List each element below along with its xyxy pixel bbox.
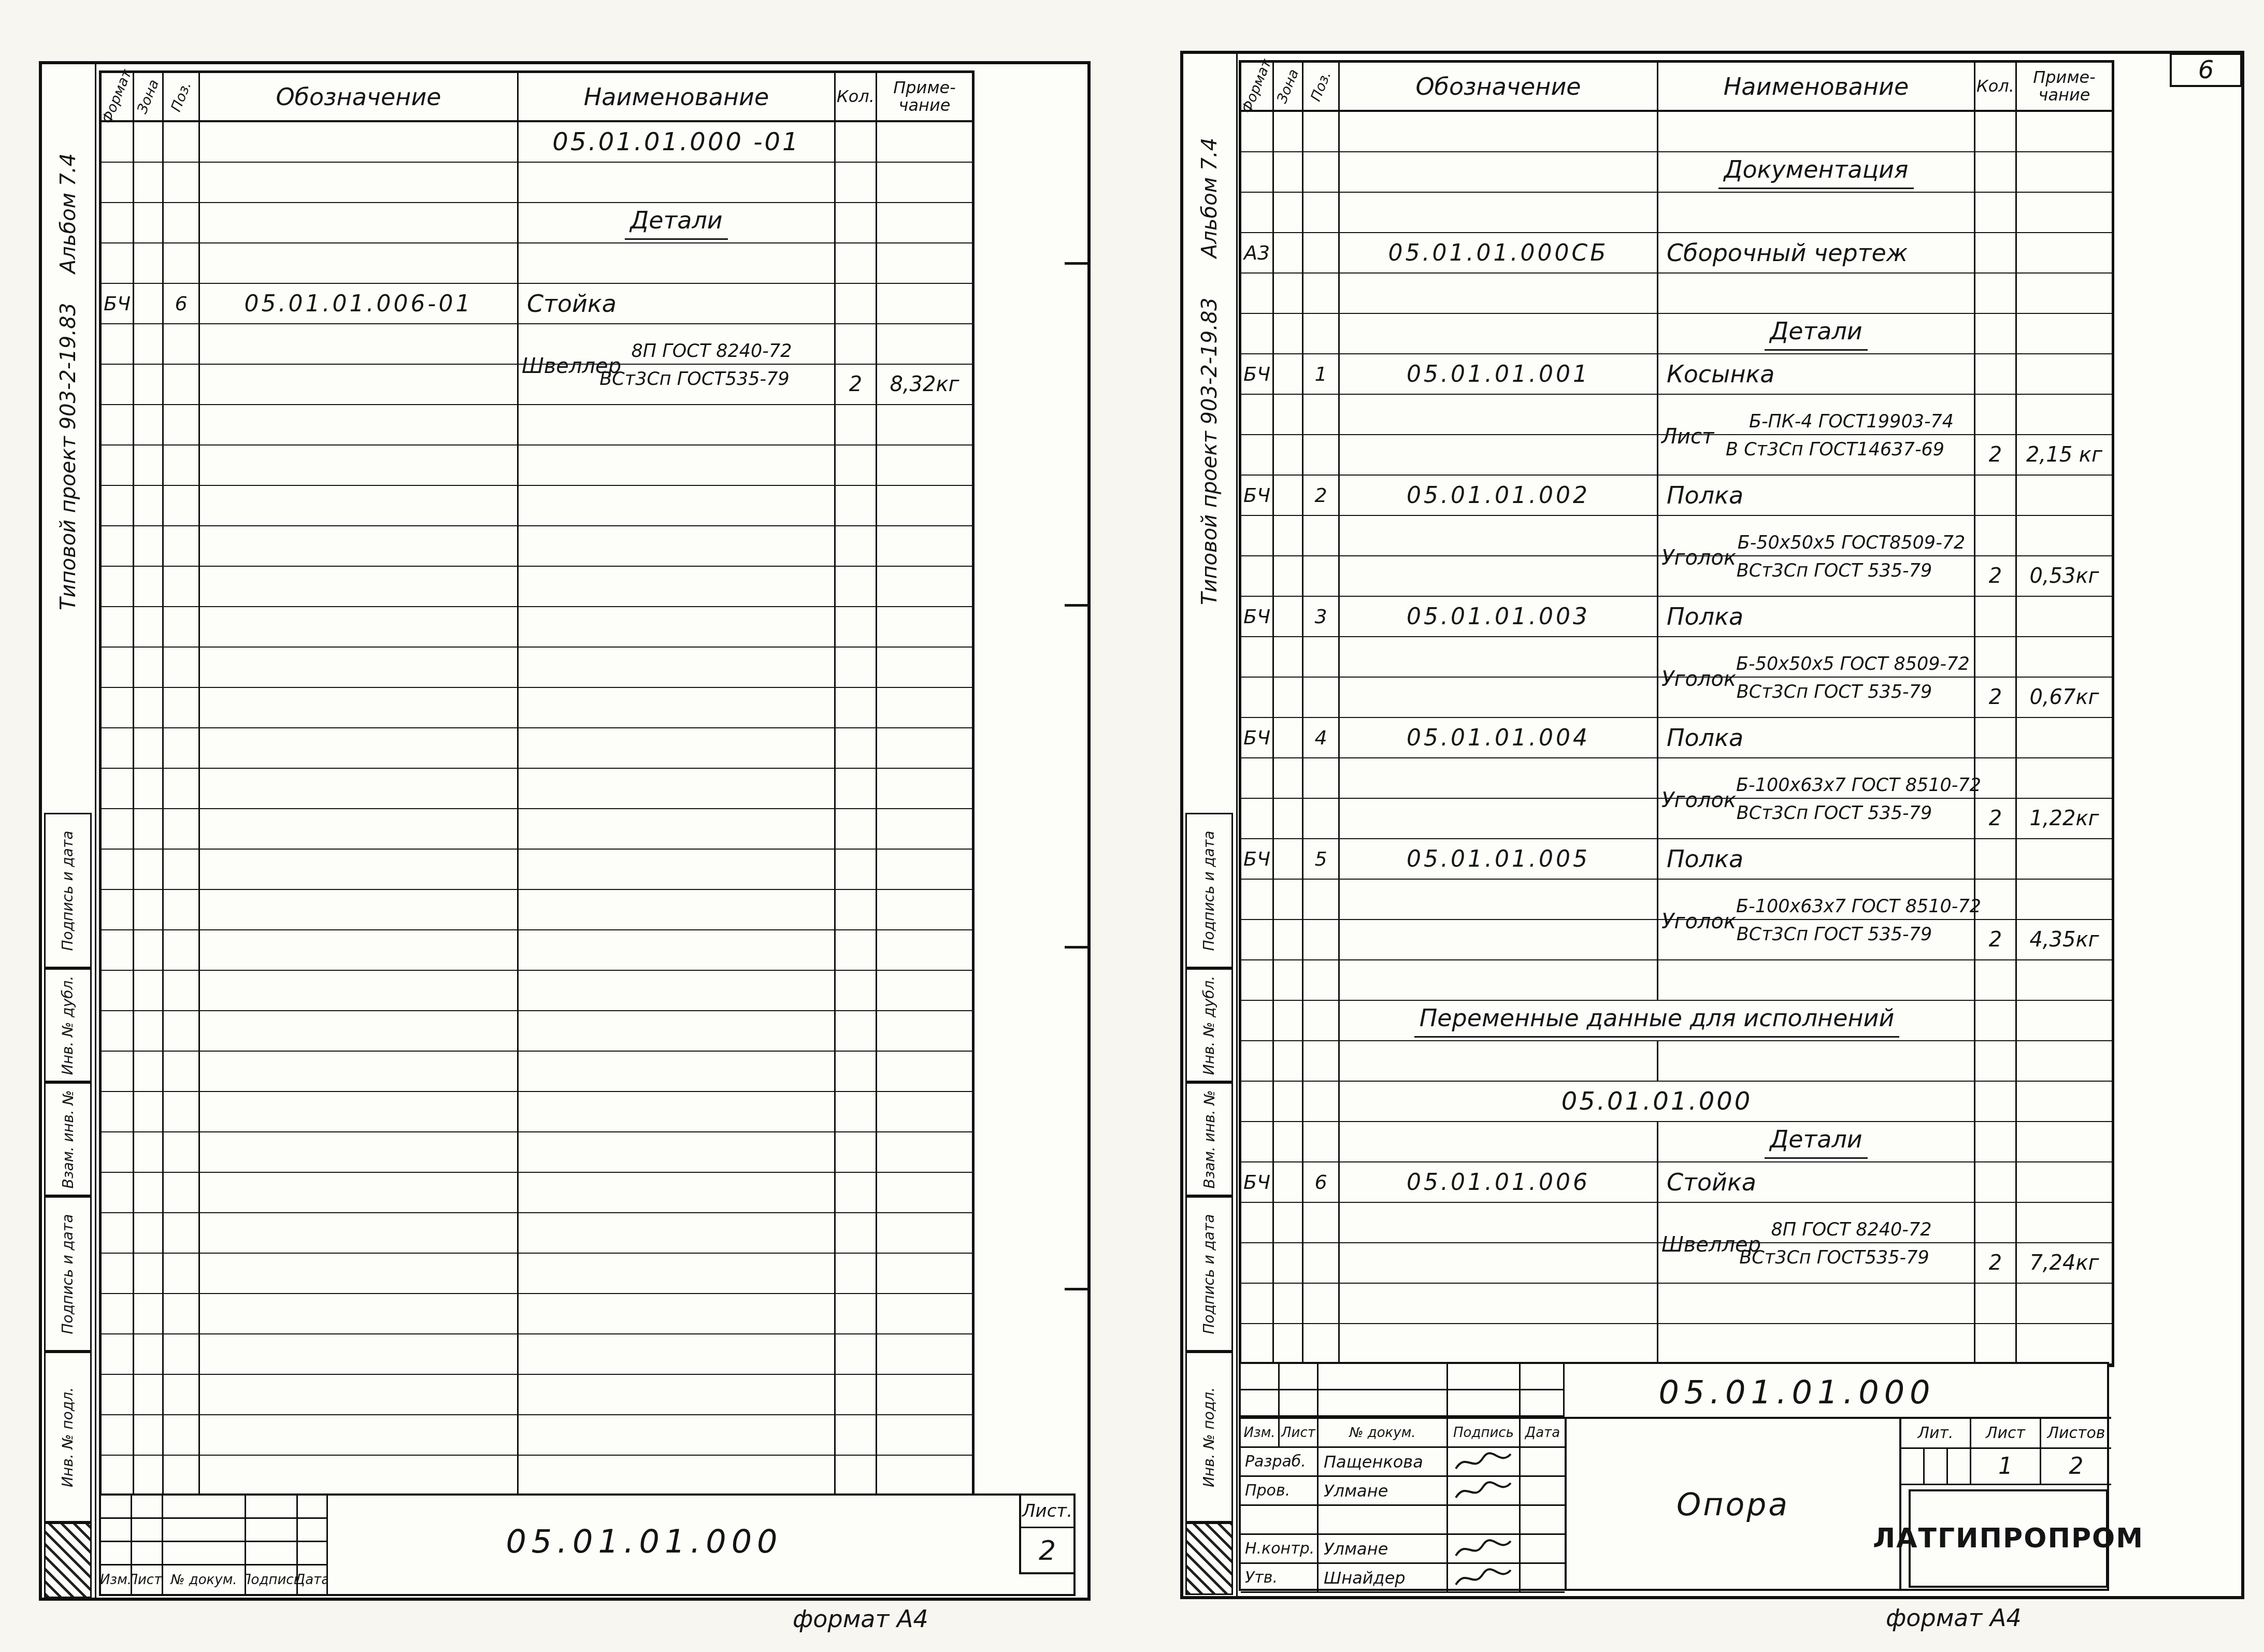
format-cell [1241,516,1274,556]
zone-cell [134,728,164,769]
rev-empty-cell [298,1496,328,1519]
note-cell [877,648,972,688]
name-cell [519,446,836,486]
zone-cell [134,526,164,567]
pos-cell [1303,112,1340,152]
note-cell [877,1011,972,1052]
pos-cell [164,607,200,648]
note-cell [2017,1203,2112,1243]
rev-empty-cell [101,1542,132,1565]
name-cell [519,1254,836,1294]
rev-header-cell: Подпись [246,1565,298,1596]
qty-cell [836,648,877,688]
zone-cell [1274,1203,1303,1243]
pos-cell [164,526,200,567]
strip-empty-cell [1319,1390,1448,1417]
qty-cell: 2 [1975,1243,2017,1284]
designation-cell [200,648,519,688]
rev-header-cell: Дата [298,1565,328,1596]
approval-row: Пров.Улмане [1241,1477,1565,1506]
designation-cell [200,1132,519,1173]
format-cell [1241,678,1274,718]
qty-cell [836,930,877,971]
name-cell: Б-ПК-4 ГОСТ19903-74Лист [1658,395,1975,435]
name-cell: Детали [1658,1122,1975,1162]
zone-cell [1274,556,1303,597]
note-cell [877,243,972,284]
note-cell [2017,1122,2112,1162]
header-designation: Обозначение [1340,63,1658,112]
pos-cell [164,850,200,890]
rev-empty-cell [101,1496,132,1519]
format-a4-label-right: формат А4 [1886,1604,2022,1632]
fold-tick [1065,262,1087,265]
name-cell [519,567,836,607]
name-cell: Полка [1658,718,1975,758]
designation-cell: 05.01.01.006 [1340,1162,1658,1203]
rev-empty-cell [132,1519,163,1542]
strip-empty-cell [1280,1390,1319,1417]
name-cell [1658,1324,1975,1364]
pos-cell [1303,799,1340,839]
qty-cell [836,1456,877,1496]
format-cell [102,324,134,365]
name-cell [519,890,836,930]
role-cell: Утв. [1241,1564,1319,1593]
format-cell [102,163,134,203]
format-cell [102,567,134,607]
sheet-label: Лист [1971,1419,2041,1449]
revision-strip [1241,1364,1565,1417]
note-cell [877,163,972,203]
approval-grid: Изм.Лист№ докум.ПодписьДатаРазраб.Пащенк… [1241,1417,1565,1593]
zone-cell [134,890,164,930]
designation-cell [1340,880,1658,920]
qty-cell: 2 [1975,799,2017,839]
pos-cell: 4 [1303,718,1340,758]
pos-cell [164,1173,200,1213]
qty-cell [1975,1284,2017,1324]
zone-cell [1274,1243,1303,1284]
note-cell: 1,22кг [2017,799,2112,839]
note-cell [877,1052,972,1092]
format-cell [1241,314,1274,354]
qty-cell [1975,193,2017,233]
note-cell [2017,718,2112,758]
zone-cell [1274,233,1303,274]
pos-cell [164,728,200,769]
designation-cell [200,1456,519,1496]
pos-cell: 5 [1303,839,1340,880]
name-cell [519,405,836,446]
designation-cell [1340,960,1658,1001]
header-name: Наименование [519,73,836,122]
format-cell [102,486,134,526]
designation-cell [1340,1324,1658,1364]
format-cell [102,1011,134,1052]
person-name-cell: Пащенкова [1319,1448,1448,1477]
note-cell [2017,758,2112,799]
sheet-value-cell: 1 [1971,1449,2041,1485]
spec-page-left: Альбом 7.4 Типовой проект 903-2-19.83 По… [39,61,1091,1601]
name-cell [519,1334,836,1375]
designation-cell [1340,637,1658,678]
format-cell [1241,1243,1274,1284]
designation-cell [200,446,519,486]
qty-cell [836,243,877,284]
stamp-inv-podl: Инв. № подл. [44,1352,92,1522]
zone-cell [1274,516,1303,556]
name-cell [1658,112,1975,152]
name-cell [519,688,836,728]
note-cell [877,1334,972,1375]
designation-cell: 05.01.01.000СБ [1340,233,1658,274]
approval-row: Разраб.Пащенкова [1241,1448,1565,1477]
designation-cell [200,607,519,648]
zone-cell [1274,435,1303,476]
pos-cell [1303,193,1340,233]
qty-cell [836,446,877,486]
note-cell [877,1456,972,1496]
qty-cell [836,284,877,324]
header-qty: Кол. [1975,63,2017,112]
note-cell [877,971,972,1011]
qty-cell [1975,880,2017,920]
name-cell [519,930,836,971]
page-number-box: 6 [2170,53,2242,87]
designation-cell [200,688,519,728]
qty-cell [836,1415,877,1456]
zone-cell [1274,799,1303,839]
format-cell: БЧ [1241,1162,1274,1203]
zone-cell [1274,354,1303,395]
pos-cell [1303,556,1340,597]
stamp-vzam-inv: Взам. инв. № [44,1082,92,1196]
date-cell [1521,1477,1565,1506]
designation-cell [200,1334,519,1375]
note-cell [2017,476,2112,516]
designation-name-merged-cell: Переменные данные для исполнений [1340,1001,1975,1041]
note-cell: 4,35кг [2017,920,2112,960]
zone-cell [134,850,164,890]
zone-cell [134,446,164,486]
note-cell [2017,516,2112,556]
zone-cell [1274,597,1303,637]
zone-cell [134,405,164,446]
zone-cell [1274,193,1303,233]
zone-cell [134,1092,164,1132]
person-name-cell: Шнайдер [1319,1564,1448,1593]
pos-cell [164,688,200,728]
pos-cell [164,122,200,163]
qty-cell [1975,314,2017,354]
qty-cell [836,607,877,648]
date-cell [1521,1564,1565,1593]
stamp-signature-date-1: Подпись и дата [44,813,92,968]
zone-cell [1274,920,1303,960]
format-cell [1241,435,1274,476]
rev-empty-cell [246,1519,298,1542]
pos-cell [164,1092,200,1132]
date-cell [1521,1448,1565,1477]
approval-row: Н.контр.Улмане [1241,1535,1565,1564]
qty-cell [836,971,877,1011]
qty-cell [1975,1324,2017,1364]
designation-cell [200,1375,519,1415]
name-cell: Полка [1658,839,1975,880]
format-cell [102,769,134,809]
name-cell [519,1092,836,1132]
note-cell [877,1294,972,1334]
name-cell [519,526,836,567]
pos-cell [1303,314,1340,354]
qty-cell [1975,395,2017,435]
pos-cell [1303,880,1340,920]
note-cell [2017,1082,2112,1122]
zone-cell [134,1415,164,1456]
format-cell [102,203,134,243]
pos-cell [1303,152,1340,193]
role-cell: Разраб. [1241,1448,1319,1477]
name-cell [519,1132,836,1173]
qty-cell [836,163,877,203]
pos-cell [164,446,200,486]
format-cell [102,890,134,930]
pos-cell [164,971,200,1011]
designation-cell [1340,395,1658,435]
designation-cell [1340,152,1658,193]
qty-cell [836,850,877,890]
zone-cell [134,567,164,607]
pos-cell [164,1334,200,1375]
format-cell [1241,152,1274,193]
signature-cell [1448,1506,1521,1535]
format-cell: БЧ [1241,354,1274,395]
note-cell [2017,354,2112,395]
zone-cell [134,1334,164,1375]
note-cell [2017,1324,2112,1364]
header-name: Наименование [1658,63,1975,112]
designation-cell [200,486,519,526]
name-cell [519,1415,836,1456]
note-cell [877,1132,972,1173]
name-cell [1658,1284,1975,1324]
qty-cell [836,324,877,365]
format-cell [102,809,134,850]
format-cell [1241,1001,1274,1041]
pos-cell: 6 [164,284,200,324]
rev-empty-cell [298,1519,328,1542]
rev-empty-cell [246,1542,298,1565]
zone-cell [134,971,164,1011]
zone-cell [1274,152,1303,193]
zone-cell [1274,637,1303,678]
qty-cell [1975,152,2017,193]
zone-cell [1274,112,1303,152]
designation-name-merged-cell: 05.01.01.000 [1340,1082,1975,1122]
rev-empty-cell [163,1519,246,1542]
pos-cell [164,930,200,971]
designation-cell [200,930,519,971]
header-pos: Поз. [164,73,200,122]
pos-cell [164,1415,200,1456]
qty-cell [1975,758,2017,799]
qty-cell [836,809,877,850]
rev-header-cell: № докум. [163,1565,246,1596]
spec-page-right: 6 Альбом 7.4 Типовой проект 903-2-19.83 … [1180,51,2244,1599]
fold-tick [1065,1288,1087,1290]
person-name-cell [1319,1506,1448,1535]
note-cell [877,203,972,243]
designation-cell [1340,678,1658,718]
pos-cell [164,809,200,850]
qty-cell [836,1011,877,1052]
note-cell [877,890,972,930]
format-cell: БЧ [1241,476,1274,516]
project-label: Типовой проект 903-2-19.83 [56,557,80,610]
format-cell [102,688,134,728]
note-cell [2017,274,2112,314]
strip-empty-cell [1521,1390,1565,1417]
qty-cell: 2 [836,365,877,405]
lit-sub-cell [1948,1449,1971,1484]
rev-empty-cell [132,1542,163,1565]
qty-cell: 2 [1975,435,2017,476]
note-cell [2017,637,2112,678]
signature-cell [1448,1477,1521,1506]
pos-cell [164,486,200,526]
main-title-block: 05.01.01.000 Изм.Лист№ докум.ПодписьДата… [1239,1362,2109,1591]
date-cell [1521,1506,1565,1535]
note-cell [877,526,972,567]
name-cell [519,1173,836,1213]
note-cell [877,688,972,728]
format-cell [1241,274,1274,314]
designation-cell [200,203,519,243]
format-cell [1241,799,1274,839]
zone-cell [1274,758,1303,799]
person-name-cell: Улмане [1319,1477,1448,1506]
name-cell [519,1294,836,1334]
name-cell [519,1011,836,1052]
qty-cell [836,1132,877,1173]
qty-cell [1975,718,2017,758]
format-cell [102,1334,134,1375]
note-cell: 0,53кг [2017,556,2112,597]
qty-cell [1975,233,2017,274]
pos-cell [1303,516,1340,556]
note-cell [877,1375,972,1415]
header-note: Приме-чание [2017,63,2112,112]
qty-cell: 2 [1975,920,2017,960]
zone-cell [134,243,164,284]
name-cell [519,607,836,648]
pos-cell [1303,1082,1340,1122]
pos-cell [1303,1122,1340,1162]
note-cell [877,607,972,648]
format-cell [1241,1122,1274,1162]
note-cell [877,284,972,324]
qty-cell [836,1173,877,1213]
pos-cell: 1 [1303,354,1340,395]
note-cell [2017,1001,2112,1041]
format-cell [1241,1203,1274,1243]
person-name-cell: Улмане [1319,1535,1448,1564]
zone-cell [1274,1284,1303,1324]
part-name: Опора [1565,1417,1901,1591]
note-cell [877,1173,972,1213]
zone-cell [134,486,164,526]
note-cell [877,1415,972,1456]
header-zone: Зона [1274,63,1303,112]
qty-cell [1975,1122,2017,1162]
designation-cell [1340,920,1658,960]
designation-cell [1340,274,1658,314]
stamp-inv-dubl: Инв. № дубл. [1185,968,1233,1082]
pos-cell: 2 [1303,476,1340,516]
designation-cell [1340,435,1658,476]
header-pos: Поз. [1303,63,1340,112]
qty-cell [1975,637,2017,678]
name-cell: Б-100х63х7 ГОСТ 8510-72Уголок [1658,880,1975,920]
zone-cell [1274,395,1303,435]
designation-cell [200,243,519,284]
format-cell [102,607,134,648]
pos-cell [1303,920,1340,960]
zone-cell [134,930,164,971]
project-label: Типовой проект 903-2-19.83 [1198,552,1222,605]
sheet-label: Лист. [1021,1496,1073,1528]
fold-tick [1065,604,1087,607]
format-cell [102,1092,134,1132]
designation-cell [200,1092,519,1132]
designation-cell [200,1415,519,1456]
designation-cell [200,1011,519,1052]
designation-cell [200,365,519,405]
note-cell [2017,112,2112,152]
zone-cell [1274,718,1303,758]
format-cell [1241,1324,1274,1364]
name-cell: Полка [1658,476,1975,516]
organization-name: ЛАТГИПРОПРОМ [1909,1489,2108,1588]
zone-cell [134,769,164,809]
rev-header-cell: № докум. [1319,1419,1448,1448]
pos-cell [164,1213,200,1254]
pos-cell [1303,435,1340,476]
qty-cell [836,1254,877,1294]
format-cell [1241,758,1274,799]
qty-cell: 2 [1975,556,2017,597]
format-cell [102,243,134,284]
note-cell [2017,1284,2112,1324]
zone-cell [1274,678,1303,718]
format-cell [102,850,134,890]
format-cell [102,405,134,446]
zone-cell [134,203,164,243]
zone-cell [1274,960,1303,1001]
note-cell [877,930,972,971]
designation-cell [1340,556,1658,597]
designation-cell [200,769,519,809]
qty-cell [1975,1001,2017,1041]
qty-cell [1975,112,2017,152]
zone-cell [1274,1122,1303,1162]
designation-cell [200,122,519,163]
sheet-number-box: Лист. 2 [1019,1496,1073,1574]
designation-cell: 05.01.01.005 [1340,839,1658,880]
format-cell: БЧ [1241,839,1274,880]
format-cell [102,930,134,971]
